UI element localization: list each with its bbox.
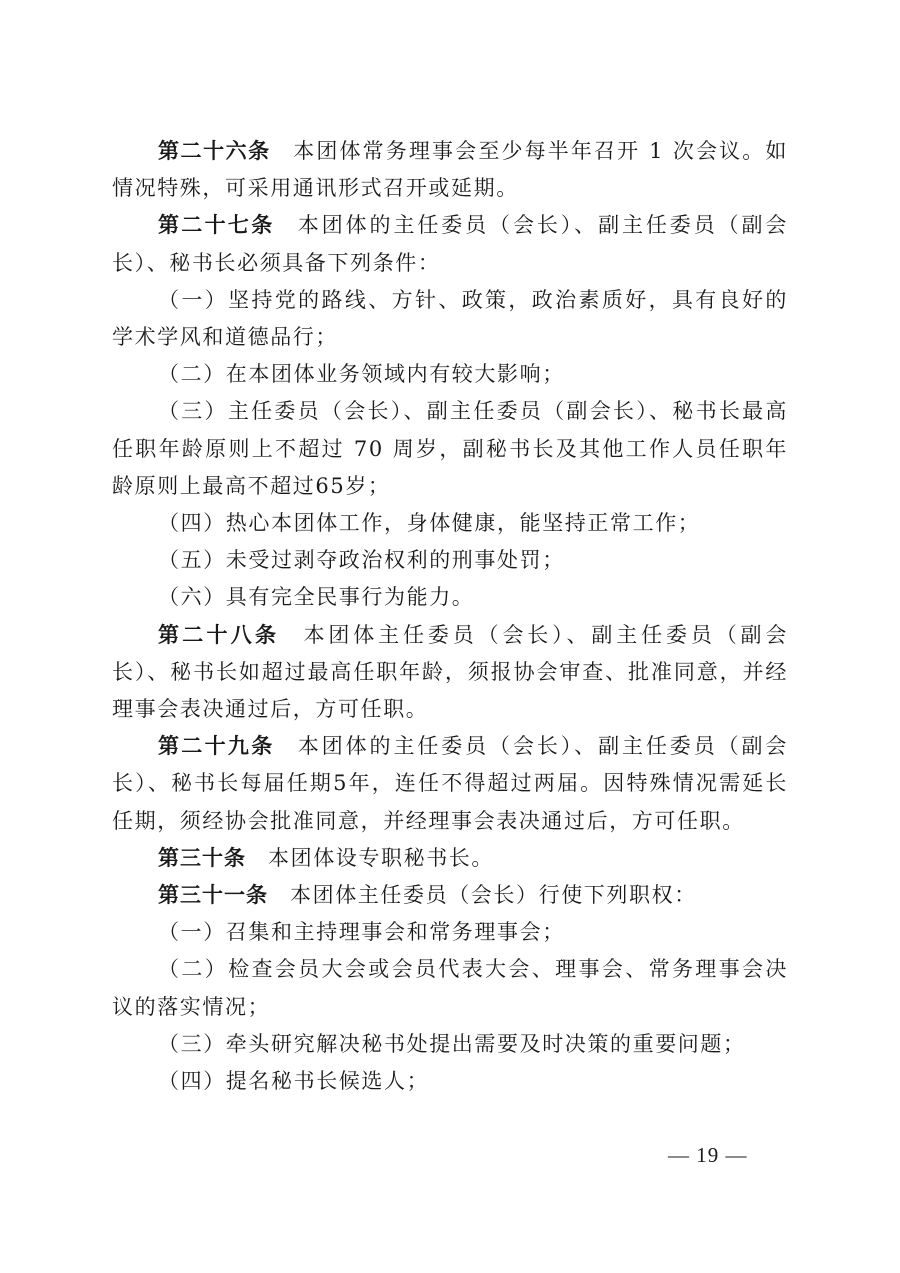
- article-27: 第二十七条本团体的主任委员（会长）、副主任委员（副会长）、秘书长必须具备下列条件…: [112, 207, 788, 281]
- list-item: （四）提名秘书长候选人；: [112, 1063, 788, 1100]
- article-text: 本团体主任委员（会长）行使下列职权：: [290, 883, 697, 907]
- article-31: 第三十一条本团体主任委员（会长）行使下列职权：: [112, 877, 788, 914]
- list-item: （二）检查会员大会或会员代表大会、理事会、常务理事会决议的落实情况；: [112, 951, 788, 1025]
- article-heading: 第三十一条: [158, 883, 268, 907]
- article-30: 第三十条本团体设专职秘书长。: [112, 840, 788, 877]
- article-heading: 第二十六条: [158, 139, 271, 163]
- article-heading: 第二十九条: [158, 734, 275, 758]
- list-item: （二）在本团体业务领域内有较大影响；: [112, 356, 788, 393]
- article-29: 第二十九条本团体的主任委员（会长）、副主任委员（副会长）、秘书长每届任期5年，连…: [112, 728, 788, 840]
- article-heading: 第二十八条: [158, 623, 279, 647]
- article-26: 第二十六条本团体常务理事会至少每半年召开 1 次会议。如情况特殊，可采用通讯形式…: [112, 133, 788, 207]
- article-heading: 第三十条: [158, 846, 246, 870]
- page-number: — 19 —: [668, 1143, 748, 1168]
- list-item: （三）牵头研究解决秘书处提出需要及时决策的重要问题；: [112, 1026, 788, 1063]
- list-item: （一）召集和主持理事会和常务理事会；: [112, 914, 788, 951]
- list-item: （四）热心本团体工作，身体健康，能坚持正常工作；: [112, 505, 788, 542]
- list-item: （三）主任委员（会长）、副主任委员（副会长）、秘书长最高任职年龄原则上不超过 7…: [112, 393, 788, 505]
- list-item: （一）坚持党的路线、方针、政策，政治素质好，具有良好的学术学风和道德品行；: [112, 282, 788, 356]
- article-text: 本团体设专职秘书长。: [268, 846, 494, 870]
- list-item: （五）未受过剥夺政治权利的刑事处罚；: [112, 542, 788, 579]
- article-heading: 第二十七条: [158, 213, 275, 237]
- list-item: （六）具有完全民事行为能力。: [112, 579, 788, 616]
- article-28: 第二十八条本团体主任委员（会长）、副主任委员（副会长）、秘书长如超过最高任职年龄…: [112, 617, 788, 729]
- document-page: 第二十六条本团体常务理事会至少每半年召开 1 次会议。如情况特殊，可采用通讯形式…: [112, 133, 788, 1100]
